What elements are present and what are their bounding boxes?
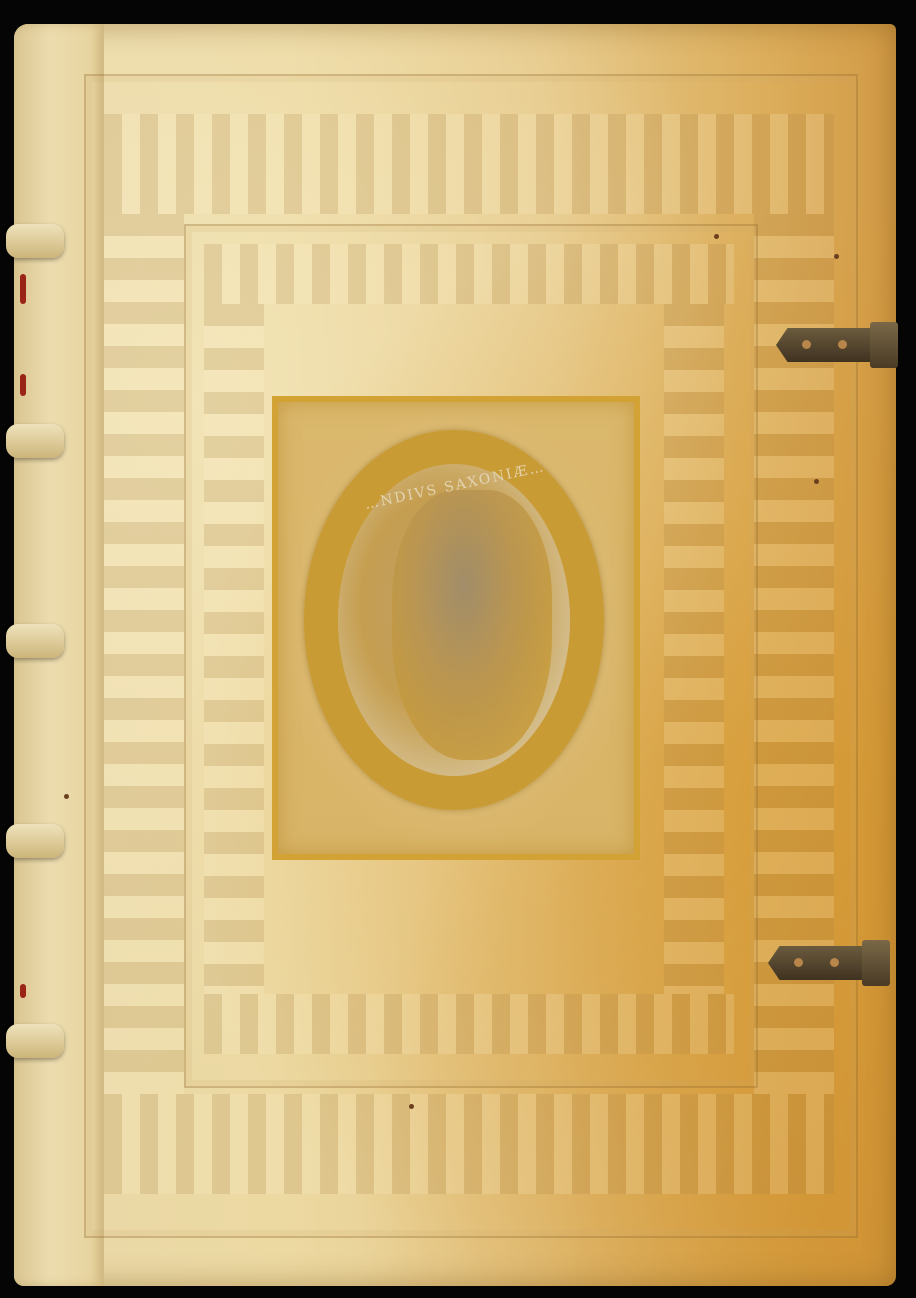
clasp-plate <box>768 946 864 980</box>
left-roll-border <box>104 214 184 1094</box>
rivet <box>802 340 811 349</box>
clasp-hinge <box>870 322 898 368</box>
spine-band <box>6 1024 64 1058</box>
spine-band <box>6 824 64 858</box>
wormhole <box>64 794 69 799</box>
wormhole <box>714 234 719 239</box>
spine-band <box>6 624 64 658</box>
spine-red-mark <box>20 274 26 304</box>
top-roll-border <box>104 114 834 214</box>
clasp-hinge <box>862 940 890 986</box>
spine-red-mark <box>20 984 26 998</box>
rivet <box>830 958 839 967</box>
inner-top-roll <box>204 244 734 304</box>
wormhole <box>814 479 819 484</box>
wormhole <box>409 1104 414 1109</box>
portrait-figure <box>392 490 552 760</box>
lower-clasp <box>768 940 890 986</box>
spine-band <box>6 424 64 458</box>
rivet <box>838 340 847 349</box>
rivet <box>794 958 803 967</box>
inner-left-roll <box>204 304 264 994</box>
inner-bottom-roll <box>204 994 734 1054</box>
spine-red-mark <box>20 374 26 396</box>
clasp-plate <box>776 328 872 362</box>
spine-band <box>6 224 64 258</box>
wormhole <box>834 254 839 259</box>
upper-clasp <box>776 322 898 368</box>
inner-right-roll <box>664 304 724 994</box>
bottom-roll-border <box>104 1094 834 1194</box>
